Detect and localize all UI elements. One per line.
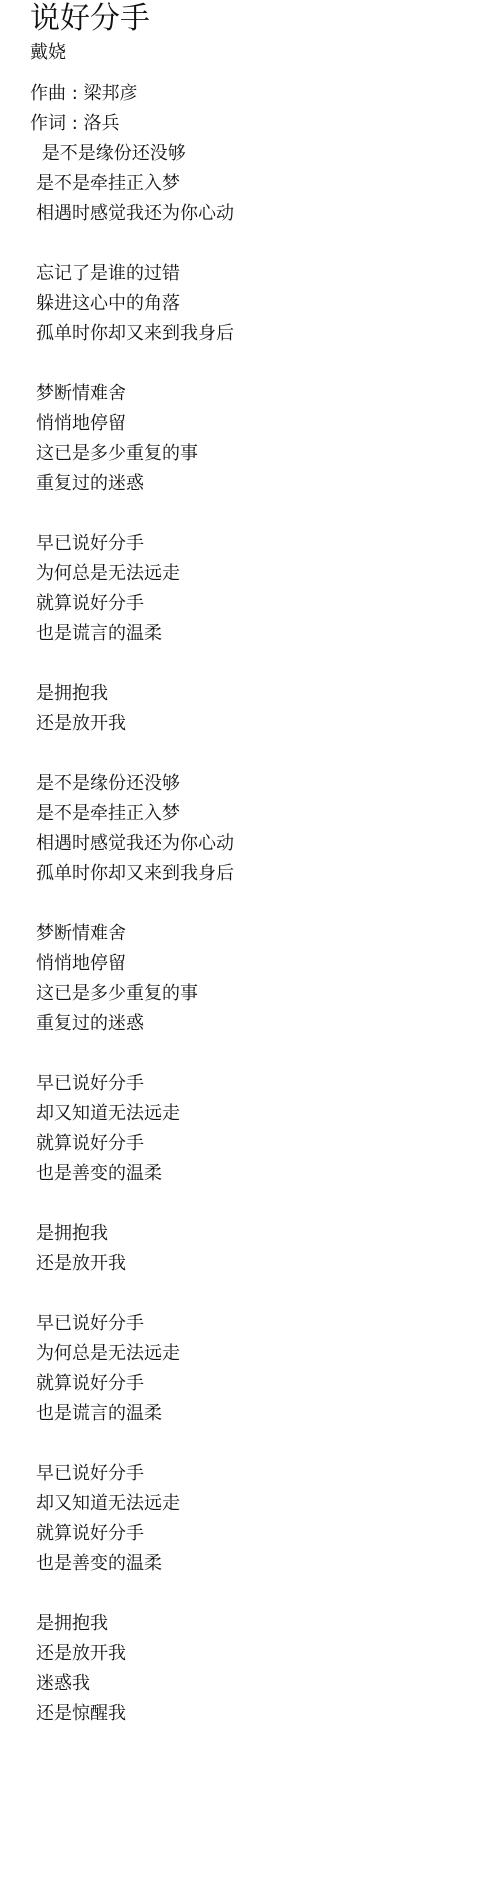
lyric-line: 就算说好分手 [36, 589, 234, 619]
stanza-break [36, 229, 234, 259]
lyric-line: 还是放开我 [36, 1639, 234, 1669]
lyric-line: 是不是缘份还没够 [36, 769, 234, 799]
stanza-break [36, 499, 234, 529]
lyric-line: 也是谎言的温柔 [36, 619, 234, 649]
lyric-line: 躲进这心中的角落 [36, 289, 234, 319]
lyric-line: 孤单时你却又来到我身后 [36, 319, 234, 349]
lyric-line: 是不是牵挂正入梦 [36, 169, 234, 199]
song-title: 说好分手 [30, 0, 150, 38]
lyric-line: 还是放开我 [36, 709, 234, 739]
lyric-line: 也是善变的温柔 [36, 1159, 234, 1189]
lyric-line: 重复过的迷惑 [36, 469, 234, 499]
stanza-break [36, 1429, 234, 1459]
lyric-line: 就算说好分手 [36, 1519, 234, 1549]
lyric-line: 悄悄地停留 [36, 949, 234, 979]
stanza-break [36, 649, 234, 679]
stanza-break [36, 1279, 234, 1309]
lyric-line: 也是善变的温柔 [36, 1549, 234, 1579]
lyric-line: 是不是牵挂正入梦 [36, 799, 234, 829]
lyric-line: 是拥抱我 [36, 679, 234, 709]
lyric-line: 相遇时感觉我还为你心动 [36, 199, 234, 229]
stanza-break [36, 349, 234, 379]
lyric-line: 梦断情难舍 [36, 379, 234, 409]
lyric-line: 早已说好分手 [36, 1459, 234, 1489]
lyric-line: 悄悄地停留 [36, 409, 234, 439]
stanza-break [36, 1579, 234, 1609]
lyric-line: 孤单时你却又来到我身后 [36, 859, 234, 889]
lyric-line: 却又知道无法远走 [36, 1489, 234, 1519]
lyric-line: 也是谎言的温柔 [36, 1399, 234, 1429]
lyric-line: 重复过的迷惑 [36, 1009, 234, 1039]
lyric-line: 却又知道无法远走 [36, 1099, 234, 1129]
lyric-line: 就算说好分手 [36, 1129, 234, 1159]
lyric-line: 为何总是无法远走 [36, 1339, 234, 1369]
lyric-line: 是拥抱我 [36, 1219, 234, 1249]
credits-block: 作曲 : 梁邦彦 作词 : 洛兵 [30, 79, 138, 139]
lyric-line: 早已说好分手 [36, 529, 234, 559]
stanza-break [36, 739, 234, 769]
stanza-break [36, 1039, 234, 1069]
lyric-line: 梦断情难舍 [36, 919, 234, 949]
stanza-break [36, 1189, 234, 1219]
lyric-line: 就算说好分手 [36, 1369, 234, 1399]
lyric-line: 是不是缘份还没够 [36, 139, 234, 169]
stanza-break [36, 889, 234, 919]
lyric-line: 还是放开我 [36, 1249, 234, 1279]
lyric-line: 早已说好分手 [36, 1069, 234, 1099]
lyric-line: 忘记了是谁的过错 [36, 259, 234, 289]
artist-name: 戴娆 [30, 40, 66, 66]
lyric-line: 是拥抱我 [36, 1609, 234, 1639]
lyric-line: 早已说好分手 [36, 1309, 234, 1339]
lyricist-credit: 作词 : 洛兵 [30, 109, 138, 139]
lyrics-body: 是不是缘份还没够是不是牵挂正入梦相遇时感觉我还为你心动忘记了是谁的过错躲进这心中… [36, 139, 234, 1729]
lyric-line: 这已是多少重复的事 [36, 439, 234, 469]
lyric-line: 为何总是无法远走 [36, 559, 234, 589]
composer-credit: 作曲 : 梁邦彦 [30, 79, 138, 109]
lyric-line: 迷惑我 [36, 1669, 234, 1699]
lyric-line: 相遇时感觉我还为你心动 [36, 829, 234, 859]
lyric-line: 还是惊醒我 [36, 1699, 234, 1729]
lyric-line: 这已是多少重复的事 [36, 979, 234, 1009]
